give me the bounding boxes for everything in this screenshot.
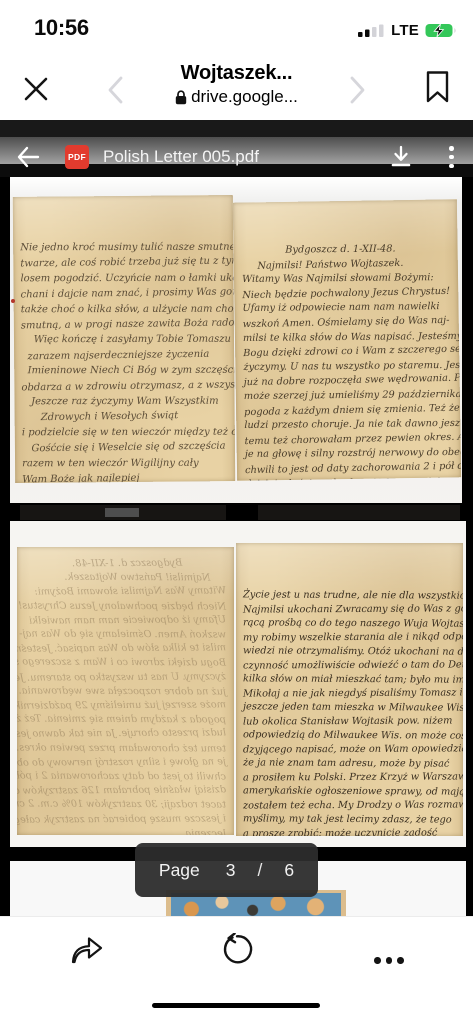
handwriting-line: czynność umożliwiście odwieźć o tam do D… — [236, 658, 463, 673]
handwriting-line: że ja nie znam tam adresu, może by pisać — [236, 756, 463, 771]
back-arrow-icon[interactable] — [16, 145, 40, 169]
handwriting-line: dzyjącego napisać, może on Wam opowiedzi… — [236, 742, 463, 757]
handwriting-line: a proszę zrobić; może uczynicie zadość — [236, 826, 463, 836]
lock-icon — [175, 90, 187, 105]
pdf-file-type-icon: PDF — [65, 145, 89, 169]
page-indicator-current: 3 — [226, 860, 236, 881]
handwriting-line-mirrored: Witamy Was Najmilsi słowami Bożymi: — [17, 585, 234, 601]
handwriting-line: Więc kończę i zasyłamy Tobie Tomaszu — [14, 332, 234, 348]
handwriting-line: Najmilsi ukochani Zwracamy się do Was z … — [236, 602, 463, 617]
ink-spot — [11, 299, 15, 303]
pdf-file-name: Polish Letter 005.pdf — [103, 147, 389, 167]
clock: 10:56 — [34, 15, 89, 41]
reload-icon[interactable] — [220, 933, 254, 967]
cellular-signal-icon — [358, 24, 385, 37]
status-bar: 10:56 LTE — [0, 0, 473, 55]
handwriting-line-mirrored: Niech będzie pochwalony Jezus Chrystus! — [17, 599, 234, 614]
handwriting-line: chani i dajcie nam znać, i prosimy Was g… — [14, 285, 234, 303]
chevron-right-icon[interactable] — [346, 75, 368, 105]
handwriting-line-mirrored: chwili to jest od daty zachorowania 2 i … — [17, 769, 234, 784]
browser-nav-bar: Wojtaszek... drive.google... — [0, 55, 473, 120]
pdf-toolbar: PDF Polish Letter 005.pdf — [0, 142, 473, 172]
handwriting-line: Mikołaj a nie jak niegdyś pisaliśmy Toma… — [236, 686, 463, 701]
handwriting-line: odpowiedzią do Milwaukee Wis. on może co… — [236, 728, 463, 743]
viewer-top-strip — [0, 120, 473, 137]
handwriting-line-mirrored: Bydgoszcz d. 1-XII-48. — [17, 556, 234, 572]
pdf-viewer: Wojtaszek PDF Polish Letter 005.pdf — [0, 120, 473, 916]
page-indicator-separator: / — [258, 860, 263, 881]
handwriting-line: lub okolica Stanisław Wojtasik pow. niże… — [236, 714, 463, 729]
handwriting-line-mirrored: leczenia. — [17, 826, 234, 835]
handwriting-line-mirrored: Ufamy iż odpowiecie nam nam nawielki — [17, 613, 234, 629]
scanned-page-spread-2[interactable]: Bydgoszcz d. 1-XII-48. Najmilsi! Państwo… — [10, 521, 466, 847]
handwriting-line-mirrored: może szerzej już umieliśmy 29 październi… — [17, 698, 234, 714]
handwriting-line: twarze, ale coś robić trzeba już się tu … — [13, 254, 233, 272]
letter-page-left-bleedthrough: Bydgoszcz d. 1-XII-48. Najmilsi! Państwo… — [17, 547, 234, 835]
handwriting-line-mirrored: już na dobre rozpoczęła swe wędrowania. … — [17, 684, 234, 699]
scan-shadow-chip — [105, 508, 139, 517]
handwriting-line: Zdrowych i Wesołych świąt — [15, 408, 235, 426]
handwriting-line: my robimy wszelkie starania ale i nikąd … — [236, 630, 463, 645]
close-icon[interactable] — [22, 75, 50, 103]
handwriting-line-mirrored: Bogu dzięki zdrowi co i Wam z szczerego … — [17, 656, 234, 671]
letter-page-right: Życie jest u nas trudne, ale nie dla wsz… — [236, 543, 463, 836]
scan-shadow-block — [258, 505, 460, 520]
share-icon[interactable] — [70, 933, 104, 965]
letter-page-right: Bydgoszcz d. 1-XII-48. Najmilsi! Państwo… — [233, 199, 461, 480]
home-indicator[interactable] — [152, 1003, 320, 1008]
letter-page-left: Nie jedno kroć musimy tulić nasze smutne… — [13, 195, 235, 483]
handwriting-line: Imieninowe Niech Ci Bóg w zym szczęściu — [14, 363, 234, 379]
status-right-cluster: LTE — [358, 22, 457, 39]
more-icon[interactable] — [374, 957, 404, 964]
handwriting-line: amerykańskie ogłoszeniowe sprawy, od maj… — [236, 784, 463, 799]
handwriting-line: Gośćcie się i Weselcie się od szczęścia — [15, 439, 235, 457]
handwriting-line: kilka słów on miał mieszkać tam; było mu… — [236, 672, 463, 687]
page-indicator-total: 6 — [284, 860, 294, 881]
page-indicator: Page 3 / 6 — [135, 843, 318, 897]
download-icon[interactable] — [389, 145, 413, 169]
url-row[interactable]: drive.google... — [175, 86, 298, 108]
scan-gap — [0, 503, 473, 521]
battery-charging-icon — [425, 23, 457, 38]
handwriting-line-mirrored: temu też chorowałam przez pewien okres. … — [17, 741, 234, 756]
handwriting-line: rącą prośbą co do tego naszego Wuja Wojt… — [236, 616, 463, 631]
overflow-menu-icon[interactable] — [449, 146, 455, 168]
url-host: drive.google... — [191, 86, 298, 108]
handwriting-line: jeszcze jeden tam mieszka w Milwaukee Wi… — [236, 700, 463, 715]
handwriting-line-mirrored: tacet rodzaji; 30 zastrzyków 10% c.m. 2 … — [17, 798, 234, 813]
network-type-label: LTE — [391, 22, 419, 39]
handwriting-line-mirrored: życzymy. U nas tu wszystko po staremu. J… — [17, 670, 234, 686]
scanned-page-spread-1[interactable]: Nie jedno kroć musimy tulić nasze smutne… — [10, 177, 462, 523]
page-indicator-label: Page — [159, 860, 200, 881]
handwriting-line: wiedzi nie otrzymaliśmy. Otóż ukochani n… — [236, 644, 463, 659]
handwriting-line: myślimy, my tak jest lecimy zdasz, że te… — [236, 812, 463, 827]
handwriting-line: zostałem też echa. My Drodzy o Was rozma… — [236, 798, 463, 813]
iphone-screen: 10:56 LTE Wojtaszek... — [0, 0, 473, 1024]
handwriting-line: Wam Boże jak najlepiej — [15, 470, 235, 483]
handwriting-line-mirrored: i jeszcze muszę pobierać na zastrzyk cał… — [17, 812, 234, 828]
handwriting-line: Życie jest u nas trudne, ale nie dla wsz… — [236, 588, 463, 603]
handwriting-line: a prosiłem ku Polski. Przez Krzyż w Wars… — [236, 770, 463, 785]
handwriting-line-mirrored: je na głowę i silny rozstrój nerwowy do … — [17, 755, 234, 771]
bookmark-icon[interactable] — [424, 70, 451, 104]
handwriting-line-mirrored: wszkoń Amen. Ośmielamy się do Was naj- — [17, 627, 234, 642]
handwriting-line-mirrored: ludzi przesto choruje. Ja nie tak dawno … — [17, 727, 234, 743]
